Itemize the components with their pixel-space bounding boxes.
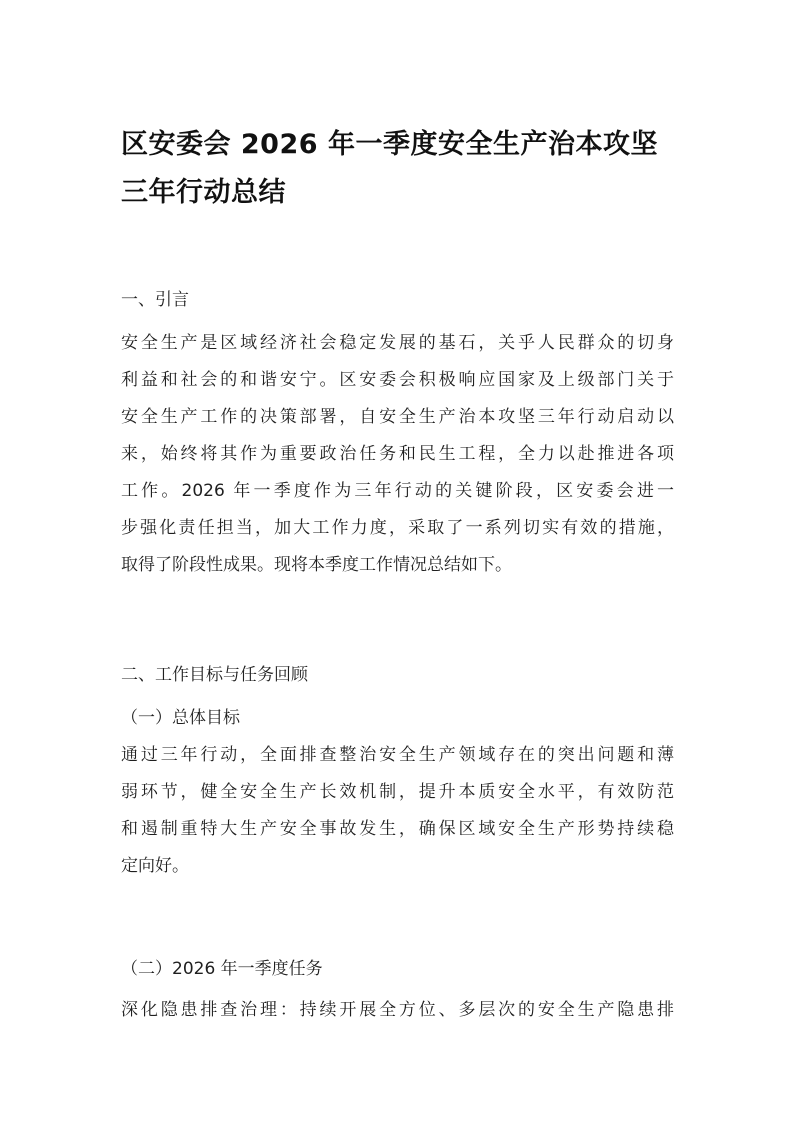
- paragraph-line: 步强化责任担当，加大工作力度，采取了一系列切实有效的措施，: [121, 516, 674, 540]
- paragraph-line: 安全生产工作的决策部署，自安全生产治本攻坚三年行动启动以: [121, 405, 674, 429]
- paragraph-line: 通过三年行动，全面排查整治安全生产领域存在的突出问题和薄: [121, 743, 674, 767]
- paragraph-line: 定向好。: [121, 854, 189, 878]
- paragraph-line: 弱环节，健全安全生产长效机制，提升本质安全水平，有效防范: [121, 780, 674, 804]
- title-line-2: 三年行动总结: [121, 169, 681, 217]
- paragraph-line: 安全生产是区域经济社会稳定发展的基石，关乎人民群众的切身: [121, 331, 674, 355]
- section-heading-intro: 一、引言: [121, 288, 189, 312]
- subsection-heading-q1-tasks: （二）2026 年一季度任务: [121, 957, 323, 981]
- paragraph-line: 深化隐患排查治理：持续开展全方位、多层次的安全生产隐患排: [121, 998, 674, 1022]
- title-line-1: 区安委会 2026 年一季度安全生产治本攻坚: [121, 121, 681, 169]
- document-title: 区安委会 2026 年一季度安全生产治本攻坚 三年行动总结: [121, 121, 681, 217]
- section-heading-review: 二、工作目标与任务回顾: [121, 663, 308, 687]
- subsection-heading-overall: （一）总体目标: [121, 706, 240, 730]
- paragraph-line: 来，始终将其作为重要政治任务和民生工程，全力以赴推进各项: [121, 442, 674, 466]
- paragraph-line: 和遏制重特大生产安全事故发生，确保区域安全生产形势持续稳: [121, 817, 674, 841]
- paragraph-line: 工作。2026 年一季度作为三年行动的关键阶段，区安委会进一: [121, 479, 674, 503]
- paragraph-line: 利益和社会的和谐安宁。区安委会积极响应国家及上级部门关于: [121, 368, 674, 392]
- paragraph-line: 取得了阶段性成果。现将本季度工作情况总结如下。: [121, 553, 512, 577]
